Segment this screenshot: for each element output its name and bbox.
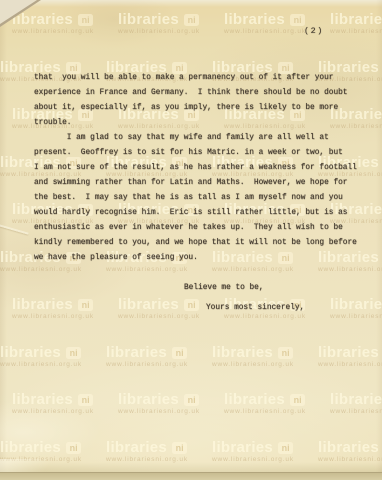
letter-line: Believe me to be,	[184, 279, 304, 299]
libraries-ni-logo-icon: ni	[78, 299, 93, 311]
libraries-ni-logo-icon: ni	[290, 394, 305, 406]
watermark-tile: librariesniwww.librariesni.org.uk	[106, 346, 202, 368]
letter-line: we have the pleasure of seeing you.	[34, 251, 357, 266]
watermark-url-text: www.librariesni.org.uk	[106, 456, 202, 463]
libraries-ni-logo-icon: ni	[172, 442, 187, 454]
watermark-brand-text: libraries	[12, 393, 73, 407]
watermark-brand-text: libraries	[12, 298, 73, 312]
letter-line: would hardly recognise him. Eric is stil…	[34, 206, 357, 221]
libraries-ni-logo-icon: ni	[184, 394, 199, 406]
watermark-url-text: www.librariesni.org.uk	[0, 361, 96, 368]
watermark-url-text: www.librariesni.org.uk	[330, 313, 382, 320]
watermark-url-text: www.librariesni.org.uk	[12, 313, 108, 320]
watermark-url-text: www.librariesni.org.uk	[118, 28, 214, 35]
libraries-ni-logo-icon: ni	[66, 347, 81, 359]
watermark-url-text: www.librariesni.org.uk	[0, 266, 96, 273]
watermark-tile: librariesniwww.librariesni.org.uk	[318, 441, 382, 463]
watermark-brand-text: libraries	[0, 441, 61, 455]
letter-line: kindly remembered to you, and we hope th…	[34, 236, 357, 251]
libraries-ni-logo-icon: ni	[78, 14, 93, 26]
watermark-url-text: www.librariesni.org.uk	[318, 361, 382, 368]
watermark-brand-text: libraries	[224, 393, 285, 407]
watermark-tile: librariesniwww.librariesni.org.uk	[118, 13, 214, 35]
letter-body: that you will be able to make a permanen…	[34, 71, 357, 266]
watermark-brand-text: libraries	[212, 346, 273, 360]
watermark-url-text: www.librariesni.org.uk	[106, 361, 202, 368]
watermark-brand-text: libraries	[118, 393, 179, 407]
watermark-url-text: www.librariesni.org.uk	[106, 266, 202, 273]
letter-line: that you will be able to make a permanen…	[34, 71, 357, 86]
watermark-tile: librariesniwww.librariesni.org.uk	[106, 441, 202, 463]
watermark-brand-text: libraries	[118, 298, 179, 312]
libraries-ni-logo-icon: ni	[278, 347, 293, 359]
libraries-ni-logo-icon: ni	[278, 442, 293, 454]
libraries-ni-logo-icon: ni	[66, 442, 81, 454]
watermark-brand-text: libraries	[106, 346, 167, 360]
letter-line: enthusiastic as ever in whatever he take…	[34, 221, 357, 236]
watermark-tile: librariesniwww.librariesni.org.uk	[224, 393, 320, 415]
letter-closing: Believe me to be,Yours most sincerely,	[184, 279, 304, 318]
letter-line: the best. I may say that he is as tall a…	[34, 191, 357, 206]
libraries-ni-logo-icon: ni	[78, 394, 93, 406]
watermark-url-text: www.librariesni.org.uk	[330, 28, 382, 35]
letter-line: I am glad to say that my wife and family…	[34, 131, 357, 146]
watermark-brand-text: libraries	[212, 441, 273, 455]
page-number: (2)	[304, 26, 324, 36]
watermark-brand-text: libraries	[318, 346, 379, 360]
watermark-url-text: www.librariesni.org.uk	[318, 456, 382, 463]
watermark-url-text: www.librariesni.org.uk	[212, 266, 308, 273]
watermark-url-text: www.librariesni.org.uk	[212, 361, 308, 368]
watermark-url-text: www.librariesni.org.uk	[12, 28, 108, 35]
watermark-tile: librariesniwww.librariesni.org.uk	[330, 393, 382, 415]
letter-line: present. Geoffrey is to sit for his Matr…	[34, 146, 357, 161]
watermark-tile: librariesniwww.librariesni.org.uk	[212, 441, 308, 463]
watermark-brand-text: libraries	[330, 298, 382, 312]
bottom-left-fold-highlight	[0, 459, 76, 473]
watermark-brand-text: libraries	[118, 13, 179, 27]
watermark-tile: librariesniwww.librariesni.org.uk	[330, 13, 382, 35]
watermark-tile: librariesniwww.librariesni.org.uk	[12, 393, 108, 415]
watermark-tile: librariesniwww.librariesni.org.uk	[212, 346, 308, 368]
watermark-url-text: www.librariesni.org.uk	[318, 266, 382, 273]
watermark-brand-text: libraries	[106, 441, 167, 455]
letter-line: and swimming rather than for Latin and M…	[34, 176, 357, 191]
watermark-tile: librariesniwww.librariesni.org.uk	[12, 298, 108, 320]
watermark-tile: librariesniwww.librariesni.org.uk	[0, 346, 96, 368]
libraries-ni-logo-icon: ni	[184, 14, 199, 26]
watermark-brand-text: libraries	[318, 441, 379, 455]
watermark-url-text: www.librariesni.org.uk	[212, 456, 308, 463]
watermark-tile: librariesniwww.librariesni.org.uk	[318, 346, 382, 368]
page-corner-fold	[0, 0, 37, 24]
watermark-tile: librariesniwww.librariesni.org.uk	[118, 393, 214, 415]
libraries-ni-logo-icon: ni	[290, 14, 305, 26]
watermark-brand-text: libraries	[0, 346, 61, 360]
watermark-url-text: www.librariesni.org.uk	[224, 408, 320, 415]
libraries-ni-logo-icon: ni	[172, 347, 187, 359]
letter-line: experience in France and Germany. I thin…	[34, 86, 357, 101]
watermark-url-text: www.librariesni.org.uk	[118, 408, 214, 415]
watermark-brand-text: libraries	[330, 13, 382, 27]
watermark-brand-text: libraries	[330, 393, 382, 407]
scanned-letter-page: librariesniwww.librariesni.org.uklibrari…	[0, 0, 382, 480]
letter-line: about it, especially if, as you imply, t…	[34, 101, 357, 116]
paper-bottom-edge	[0, 472, 382, 480]
watermark-url-text: www.librariesni.org.uk	[12, 408, 108, 415]
watermark-tile: librariesniwww.librariesni.org.uk	[330, 298, 382, 320]
letter-line: I am not sure of the result, as he has r…	[34, 161, 357, 176]
letter-line: trouble.	[34, 116, 357, 131]
letter-line: Yours most sincerely,	[206, 299, 304, 319]
watermark-url-text: www.librariesni.org.uk	[330, 408, 382, 415]
watermark-brand-text: libraries	[224, 13, 285, 27]
